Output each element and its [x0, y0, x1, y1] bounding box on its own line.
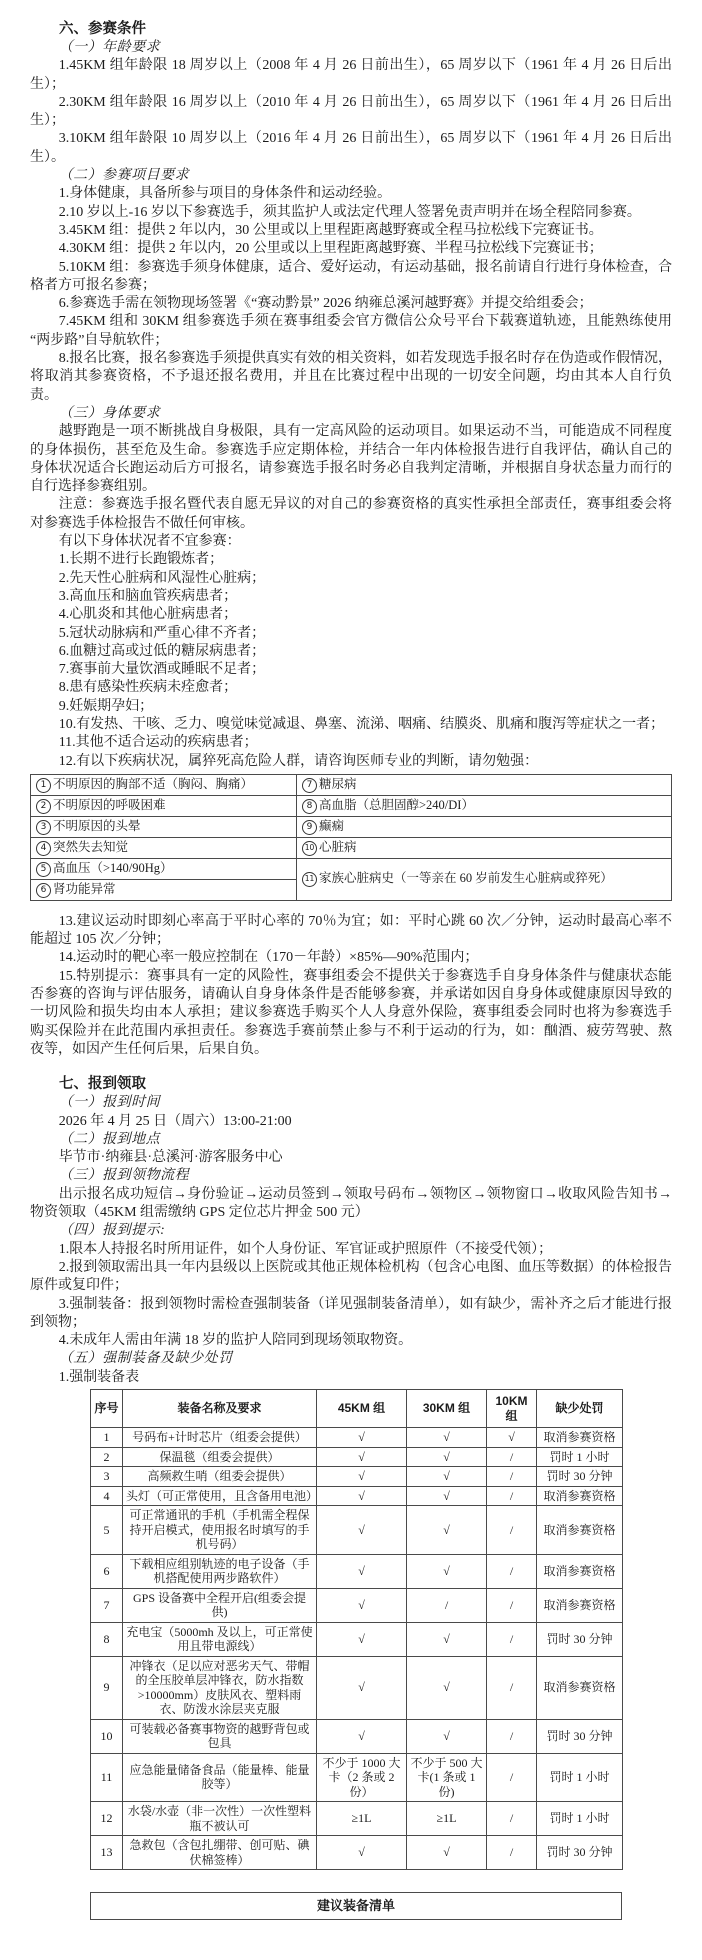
circled-number: 1: [36, 778, 51, 793]
equipment-cell: √: [487, 1428, 537, 1448]
disease-risk-table: 1不明原因的胸部不适（胸闷、胸痛）7糖尿病2不明原因的呼吸困难8高血脂（总胆固醇…: [30, 774, 672, 901]
disease-cell: 1不明原因的胸部不适（胸闷、胸痛）: [31, 774, 297, 795]
equipment-cell: √: [317, 1836, 407, 1870]
equipment-cell: 7: [91, 1588, 123, 1622]
equipment-header-cell: 缺少处罚: [537, 1390, 623, 1428]
equipment-cell: /: [487, 1836, 537, 1870]
paragraph: 12.有以下疾病状况，属猝死高危险人群，请咨询医师专业的判断，请勿勉强：: [30, 753, 672, 771]
disease-cell: 7糖尿病: [297, 774, 672, 795]
equipment-header-row: 序号装备名称及要求45KM 组30KM 组10KM 组缺少处罚: [91, 1390, 623, 1428]
equipment-cell: √: [317, 1428, 407, 1448]
equipment-header-cell: 30KM 组: [407, 1390, 487, 1428]
equipment-cell: GPS 设备赛中全程开启(组委会提供): [123, 1588, 317, 1622]
paragraph: 1.限本人持报名时所用证件，如个人身份证、军官证或护照原件（不接受代领）；: [30, 1241, 672, 1259]
equipment-cell: 下载相应组别轨迹的电子设备（手机搭配使用两步路软件）: [123, 1554, 317, 1588]
equipment-row: 11应急能量储备食品（能量棒、能量胶等）不少于 1000 大卡（2 条或 2 份…: [91, 1753, 623, 1802]
equipment-cell: √: [317, 1588, 407, 1622]
paragraph: 6.参赛选手需在领物现场签署《“赛动黔景” 2026 纳雍总溪河越野赛》并提交给…: [30, 295, 672, 313]
disease-row: 3不明原因的头晕9癫痫: [31, 816, 672, 837]
paragraph: 2.10 岁以上-16 岁以下参赛选手，须其监护人或法定代理人签署免责声明并在场…: [30, 204, 672, 222]
equipment-cell: 充电宝（5000mh 及以上，可正常使用且带电源线）: [123, 1622, 317, 1656]
paragraph: 3.强制装备：报到领物时需检查强制装备（详见强制装备清单），如有缺少，需补齐之后…: [30, 1296, 672, 1333]
equipment-cell: 取消参赛资格: [537, 1656, 623, 1719]
paragraph: 出示报名成功短信→身份验证→运动员签到→领取号码布→领物区→领物窗口→收取风险告…: [30, 1186, 672, 1223]
paragraph: 越野跑是一项不断挑战自身极限，具有一定高风险的运动项目。如果运动不当，可能造成不…: [30, 423, 672, 496]
circled-number: 3: [36, 820, 51, 835]
paragraph: 2026 年 4 月 25 日（周六）13:00-21:00: [30, 1113, 672, 1131]
equipment-cell: √: [317, 1554, 407, 1588]
paragraph: 13.建议运动时即刻心率高于平时心率的 70％为宜；如：平时心跳 60 次／分钟…: [30, 913, 672, 950]
equipment-row: 6下载相应组别轨迹的电子设备（手机搭配使用两步路软件）√√/取消参赛资格: [91, 1554, 623, 1588]
equipment-row: 10可装载必备赛事物资的越野背包或包具√√/罚时 30 分钟: [91, 1719, 623, 1753]
equipment-cell: /: [487, 1447, 537, 1467]
disease-cell: 5高血压（>140/90Hg）: [31, 858, 297, 879]
circled-number: 5: [36, 862, 51, 877]
paragraph: 5.冠状动脉病和严重心律不齐者；: [30, 625, 672, 643]
equipment-cell: 9: [91, 1656, 123, 1719]
circled-number: 2: [36, 799, 51, 814]
paragraph: 7.赛事前大量饮酒或睡眠不足者；: [30, 661, 672, 679]
equipment-cell: √: [407, 1719, 487, 1753]
equipment-cell: 8: [91, 1622, 123, 1656]
equipment-cell: 12: [91, 1802, 123, 1836]
equipment-cell: 4: [91, 1486, 123, 1506]
equipment-row: 1号码布+计时芯片（组委会提供）√√√取消参赛资格: [91, 1428, 623, 1448]
equipment-cell: /: [487, 1656, 537, 1719]
equipment-cell: 可装载必备赛事物资的越野背包或包具: [123, 1719, 317, 1753]
equipment-cell: √: [407, 1656, 487, 1719]
equipment-row: 9冲锋衣（足以应对恶劣天气、带帽的全压胶单层冲锋衣，防水指数>10000mm）皮…: [91, 1656, 623, 1719]
document: 六、参赛条件（一）年龄要求1.45KM 组年龄限 18 周岁以上（2008 年 …: [0, 0, 702, 1960]
equipment-row: 12水袋/水壶（非一次性）一次性塑料瓶不被认可≥1L≥1L/罚时 1 小时: [91, 1802, 623, 1836]
circled-number: 9: [302, 820, 317, 835]
paragraph: 1.强制装备表: [30, 1369, 672, 1387]
equipment-cell: 急救包（含包扎绷带、创可贴、碘伏棉签棒）: [123, 1836, 317, 1870]
paragraph: 1.长期不进行长跑锻炼者；: [30, 551, 672, 569]
equipment-cell: 罚时 30 分钟: [537, 1622, 623, 1656]
paragraph: 5.10KM 组：参赛选手须身体健康，适合、爱好运动，有运动基础，报名前请自行进…: [30, 259, 672, 296]
subsection-heading: （四）报到提示:: [30, 1222, 672, 1240]
equipment-cell: /: [487, 1588, 537, 1622]
disease-cell: 4突然失去知觉: [31, 837, 297, 858]
equipment-cell: √: [317, 1656, 407, 1719]
equipment-cell: /: [487, 1719, 537, 1753]
equipment-row: 8充电宝（5000mh 及以上，可正常使用且带电源线）√√/罚时 30 分钟: [91, 1622, 623, 1656]
circled-number: 10: [302, 841, 317, 856]
paragraph: 1.45KM 组年龄限 18 周岁以上（2008 年 4 月 26 日前出生），…: [30, 57, 672, 94]
equipment-cell: √: [407, 1447, 487, 1467]
disease-cell: 9癫痫: [297, 816, 672, 837]
disease-cell: 3不明原因的头晕: [31, 816, 297, 837]
disease-cell: 10心脏病: [297, 837, 672, 858]
equipment-cell: √: [317, 1719, 407, 1753]
subsection-heading: （三）身体要求: [30, 405, 672, 423]
equipment-cell: 2: [91, 1447, 123, 1467]
paragraph: 4.未成年人需由年满 18 岁的监护人陪同到现场领取物资。: [30, 1332, 672, 1350]
paragraph: 注意：参赛选手报名暨代表自愿无异议的对自己的参赛资格的真实性承担全部责任，赛事组…: [30, 496, 672, 533]
equipment-cell: 5: [91, 1506, 123, 1555]
equipment-header-cell: 45KM 组: [317, 1390, 407, 1428]
disease-cell: 11家族心脏病史（一等亲在 60 岁前发生心脏病或猝死）: [297, 858, 672, 900]
paragraph: 6.血糖过高或过低的糖尿病患者；: [30, 643, 672, 661]
disease-row: 2不明原因的呼吸困难8高血脂（总胆固醇>240/DI）: [31, 795, 672, 816]
equipment-cell: 不少于 1000 大卡（2 条或 2 份）: [317, 1753, 407, 1802]
equipment-cell: 罚时 1 小时: [537, 1447, 623, 1467]
equipment-cell: 3: [91, 1467, 123, 1487]
disease-row: 4突然失去知觉10心脏病: [31, 837, 672, 858]
equipment-cell: 取消参赛资格: [537, 1486, 623, 1506]
equipment-cell: √: [317, 1467, 407, 1487]
equipment-cell: /: [487, 1753, 537, 1802]
equipment-row: 2保温毯（组委会提供）√√/罚时 1 小时: [91, 1447, 623, 1467]
paragraph: 毕节市·纳雍县·总溪河·游客服务中心: [30, 1149, 672, 1167]
document-blocks: 六、参赛条件（一）年龄要求1.45KM 组年龄限 18 周岁以上（2008 年 …: [30, 20, 672, 1870]
paragraph: 2.报到领取需出具一年内县级以上医院或其他正规体检机构（包含心电图、血压等数据）…: [30, 1259, 672, 1296]
equipment-cell: 罚时 30 分钟: [537, 1467, 623, 1487]
disease-cell: 6肾功能异常: [31, 879, 297, 900]
equipment-cell: /: [487, 1554, 537, 1588]
paragraph: 8.患有感染性疾病未痊愈者；: [30, 679, 672, 697]
equipment-cell: ≥1L: [317, 1802, 407, 1836]
subsection-heading: （五）强制装备及缺少处罚: [30, 1350, 672, 1368]
disease-row: 1不明原因的胸部不适（胸闷、胸痛）7糖尿病: [31, 774, 672, 795]
equipment-cell: 10: [91, 1719, 123, 1753]
equipment-cell: √: [407, 1836, 487, 1870]
subsection-heading: （二）参赛项目要求: [30, 167, 672, 185]
paragraph: 7.45KM 组和 30KM 组参赛选手须在赛事组委会官方微信公众号平台下载赛道…: [30, 313, 672, 350]
equipment-cell: 罚时 1 小时: [537, 1753, 623, 1802]
paragraph: 有以下身体状况者不宜参赛：: [30, 533, 672, 551]
equipment-cell: √: [407, 1506, 487, 1555]
suggested-gear-banner: 建议装备清单: [90, 1892, 622, 1920]
equipment-row: 7GPS 设备赛中全程开启(组委会提供)√//取消参赛资格: [91, 1588, 623, 1622]
equipment-cell: 号码布+计时芯片（组委会提供）: [123, 1428, 317, 1448]
equipment-cell: √: [317, 1622, 407, 1656]
equipment-cell: 水袋/水壶（非一次性）一次性塑料瓶不被认可: [123, 1802, 317, 1836]
circled-number: 8: [302, 799, 317, 814]
paragraph: 3.10KM 组年龄限 10 周岁以上（2016 年 4 月 26 日前出生），…: [30, 130, 672, 167]
equipment-cell: /: [487, 1467, 537, 1487]
paragraph: 9.妊娠期孕妇；: [30, 698, 672, 716]
equipment-cell: 应急能量储备食品（能量棒、能量胶等）: [123, 1753, 317, 1802]
paragraph: 8.报名比赛，报名参赛选手须提供真实有效的相关资料，如若发现选手报名时存在伪造或…: [30, 350, 672, 405]
section-heading: 七、报到领取: [30, 1075, 672, 1094]
paragraph: 4.30KM 组：提供 2 年以内，20 公里或以上里程距离越野赛、半程马拉松线…: [30, 240, 672, 258]
paragraph: 10.有发热、干咳、乏力、嗅觉味觉减退、鼻塞、流涕、咽痛、结膜炎、肌痛和腹泻等症…: [30, 716, 672, 734]
subsection-heading: （三）报到领物流程: [30, 1167, 672, 1185]
equipment-cell: √: [407, 1467, 487, 1487]
equipment-cell: √: [317, 1486, 407, 1506]
paragraph: 3.45KM 组：提供 2 年以内，30 公里或以上里程距离越野赛或全程马拉松线…: [30, 222, 672, 240]
equipment-cell: 冲锋衣（足以应对恶劣天气、带帽的全压胶单层冲锋衣，防水指数>10000mm）皮肤…: [123, 1656, 317, 1719]
equipment-cell: √: [407, 1428, 487, 1448]
equipment-cell: 取消参赛资格: [537, 1428, 623, 1448]
mandatory-equipment-table: 序号装备名称及要求45KM 组30KM 组10KM 组缺少处罚1号码布+计时芯片…: [90, 1389, 623, 1870]
paragraph: 11.其他不适合运动的疾病患者；: [30, 734, 672, 752]
equipment-cell: 头灯（可正常使用，且含备用电池）: [123, 1486, 317, 1506]
equipment-cell: /: [487, 1506, 537, 1555]
paragraph: 2.先天性心脏病和风湿性心脏病；: [30, 570, 672, 588]
equipment-cell: /: [487, 1486, 537, 1506]
equipment-cell: 取消参赛资格: [537, 1588, 623, 1622]
disease-row: 5高血压（>140/90Hg）11家族心脏病史（一等亲在 60 岁前发生心脏病或…: [31, 858, 672, 879]
equipment-cell: 保温毯（组委会提供）: [123, 1447, 317, 1467]
equipment-cell: 罚时 30 分钟: [537, 1719, 623, 1753]
equipment-cell: √: [407, 1486, 487, 1506]
equipment-cell: 1: [91, 1428, 123, 1448]
circled-number: 7: [302, 778, 317, 793]
equipment-cell: 取消参赛资格: [537, 1554, 623, 1588]
subsection-heading: （一）年龄要求: [30, 39, 672, 57]
paragraph: 14.运动时的靶心率一般应控制在（170－年龄）×85%—90%范围内；: [30, 949, 672, 967]
circled-number: 11: [302, 872, 317, 887]
equipment-cell: √: [407, 1622, 487, 1656]
paragraph: 3.高血压和脑血管疾病患者；: [30, 588, 672, 606]
paragraph: 4.心肌炎和其他心脏病患者；: [30, 606, 672, 624]
disease-cell: 2不明原因的呼吸困难: [31, 795, 297, 816]
equipment-row: 3高频救生哨（组委会提供）√√/罚时 30 分钟: [91, 1467, 623, 1487]
equipment-row: 4头灯（可正常使用，且含备用电池）√√/取消参赛资格: [91, 1486, 623, 1506]
section-heading: 六、参赛条件: [30, 20, 672, 39]
paragraph: 15.特别提示：赛事具有一定的风险性，赛事组委会不提供关于参赛选手自身身体条件与…: [30, 968, 672, 1059]
equipment-cell: /: [487, 1622, 537, 1656]
circled-number: 6: [36, 883, 51, 898]
equipment-cell: /: [407, 1588, 487, 1622]
equipment-cell: 取消参赛资格: [537, 1506, 623, 1555]
equipment-header-cell: 序号: [91, 1390, 123, 1428]
subsection-heading: （一）报到时间: [30, 1094, 672, 1112]
paragraph: 2.30KM 组年龄限 16 周岁以上（2010 年 4 月 26 日前出生），…: [30, 94, 672, 131]
paragraph: 1.身体健康，具备所参与项目的身体条件和运动经验。: [30, 185, 672, 203]
disease-cell: 8高血脂（总胆固醇>240/DI）: [297, 795, 672, 816]
equipment-cell: 罚时 30 分钟: [537, 1836, 623, 1870]
equipment-cell: 11: [91, 1753, 123, 1802]
equipment-cell: ≥1L: [407, 1802, 487, 1836]
equipment-cell: 不少于 500 大卡(1 条或 1 份): [407, 1753, 487, 1802]
equipment-cell: /: [487, 1802, 537, 1836]
equipment-cell: 可正常通讯的手机（手机需全程保持开启模式，使用报名时填写的手机号码）: [123, 1506, 317, 1555]
equipment-header-cell: 装备名称及要求: [123, 1390, 317, 1428]
equipment-cell: 罚时 1 小时: [537, 1802, 623, 1836]
equipment-cell: √: [407, 1554, 487, 1588]
equipment-cell: √: [317, 1506, 407, 1555]
subsection-heading: （二）报到地点: [30, 1131, 672, 1149]
equipment-row: 5可正常通讯的手机（手机需全程保持开启模式，使用报名时填写的手机号码）√√/取消…: [91, 1506, 623, 1555]
equipment-cell: √: [317, 1447, 407, 1467]
equipment-cell: 高频救生哨（组委会提供）: [123, 1467, 317, 1487]
equipment-cell: 13: [91, 1836, 123, 1870]
equipment-header-cell: 10KM 组: [487, 1390, 537, 1428]
circled-number: 4: [36, 841, 51, 856]
equipment-cell: 6: [91, 1554, 123, 1588]
